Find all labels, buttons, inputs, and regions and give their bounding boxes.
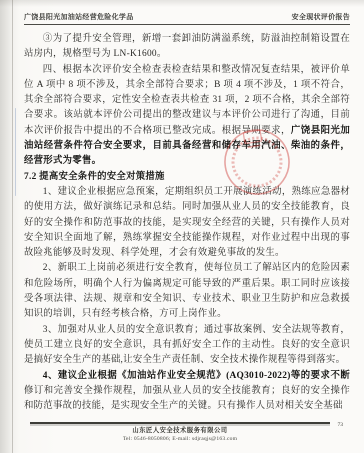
document-body: ③为了提升安全管理，新增一套卸油防满溢系统，防溢油控制箱设置在站房内，规格型号为… [24, 32, 350, 414]
header-doc-type: 安全现状评价报告 [292, 13, 350, 21]
footer-rule-row: 73 [30, 422, 330, 424]
page-header: 广饶县阳光加油站经营危险化学品 安全现状评价报告 [24, 13, 350, 25]
measure-item-3: 3、加强对从业人员的安全意识教育；通过事故案例、安全法规等教育，使员工建立良好的… [24, 323, 350, 369]
measure-item-4-normal: 修订和完善安全操作规程，加强从业人员的安全技能教育；良好的安全操作和防范事故的技… [24, 386, 350, 411]
page-footer: 73 山东匠人安全技术服务有限公司 Tel: 0546-8050806; E-m… [24, 422, 350, 443]
scanned-document-page: 广饶县阳光加油站经营危险化学品 安全现状评价报告 ③为了提升安全管理，新增一套卸… [0, 0, 364, 453]
measure-item-4-bold: 4、建议企业根据《加油站作业安全规范》(AQ3010-2022)等的要求不断 [43, 371, 350, 381]
paragraph-circled-3: ③为了提升安全管理，新增一套卸油防满溢系统，防溢油控制箱设置在站房内，规格型号为… [24, 32, 350, 63]
measure-item-1: 1、建议企业根据应急预案，定期组织员工开展演练活动，熟练应急器材的使用方法，做好… [24, 185, 350, 261]
footer-contact-info: Tel: 0546-8050806; E-mail: sdjraqjs@163.… [30, 436, 330, 443]
section-heading-7-2: 7.2 提高安全条件的安全对策措施 [24, 170, 350, 185]
header-running-title: 广饶县阳光加油站经营危险化学品 [24, 13, 134, 21]
measure-item-4: 4、建议企业根据《加油站作业安全规范》(AQ3010-2022)等的要求不断修订… [24, 369, 350, 415]
footer-rule [30, 422, 330, 424]
footer-company-name: 山东匠人安全技术服务有限公司 [30, 427, 330, 434]
report-page: 广饶县阳光加油站经营危险化学品 安全现状评价报告 ③为了提升安全管理，新增一套卸… [0, 0, 364, 453]
paragraph-circled-3-text: ③为了提升安全管理，新增一套卸油防满溢系统，防溢油控制箱设置在站房内，规格型号为… [24, 34, 350, 59]
page-number: 73 [338, 422, 344, 428]
paragraph-conclusion-four: 四、根据本次评价安全检查表检查结果和整改情况复查结果，被评价单位 A 项中 8 … [24, 63, 350, 170]
measure-item-2: 2、新职工上岗前必须进行安全教育，使每位员工了解站区内的危险因素和危险场所，明确… [24, 261, 350, 322]
